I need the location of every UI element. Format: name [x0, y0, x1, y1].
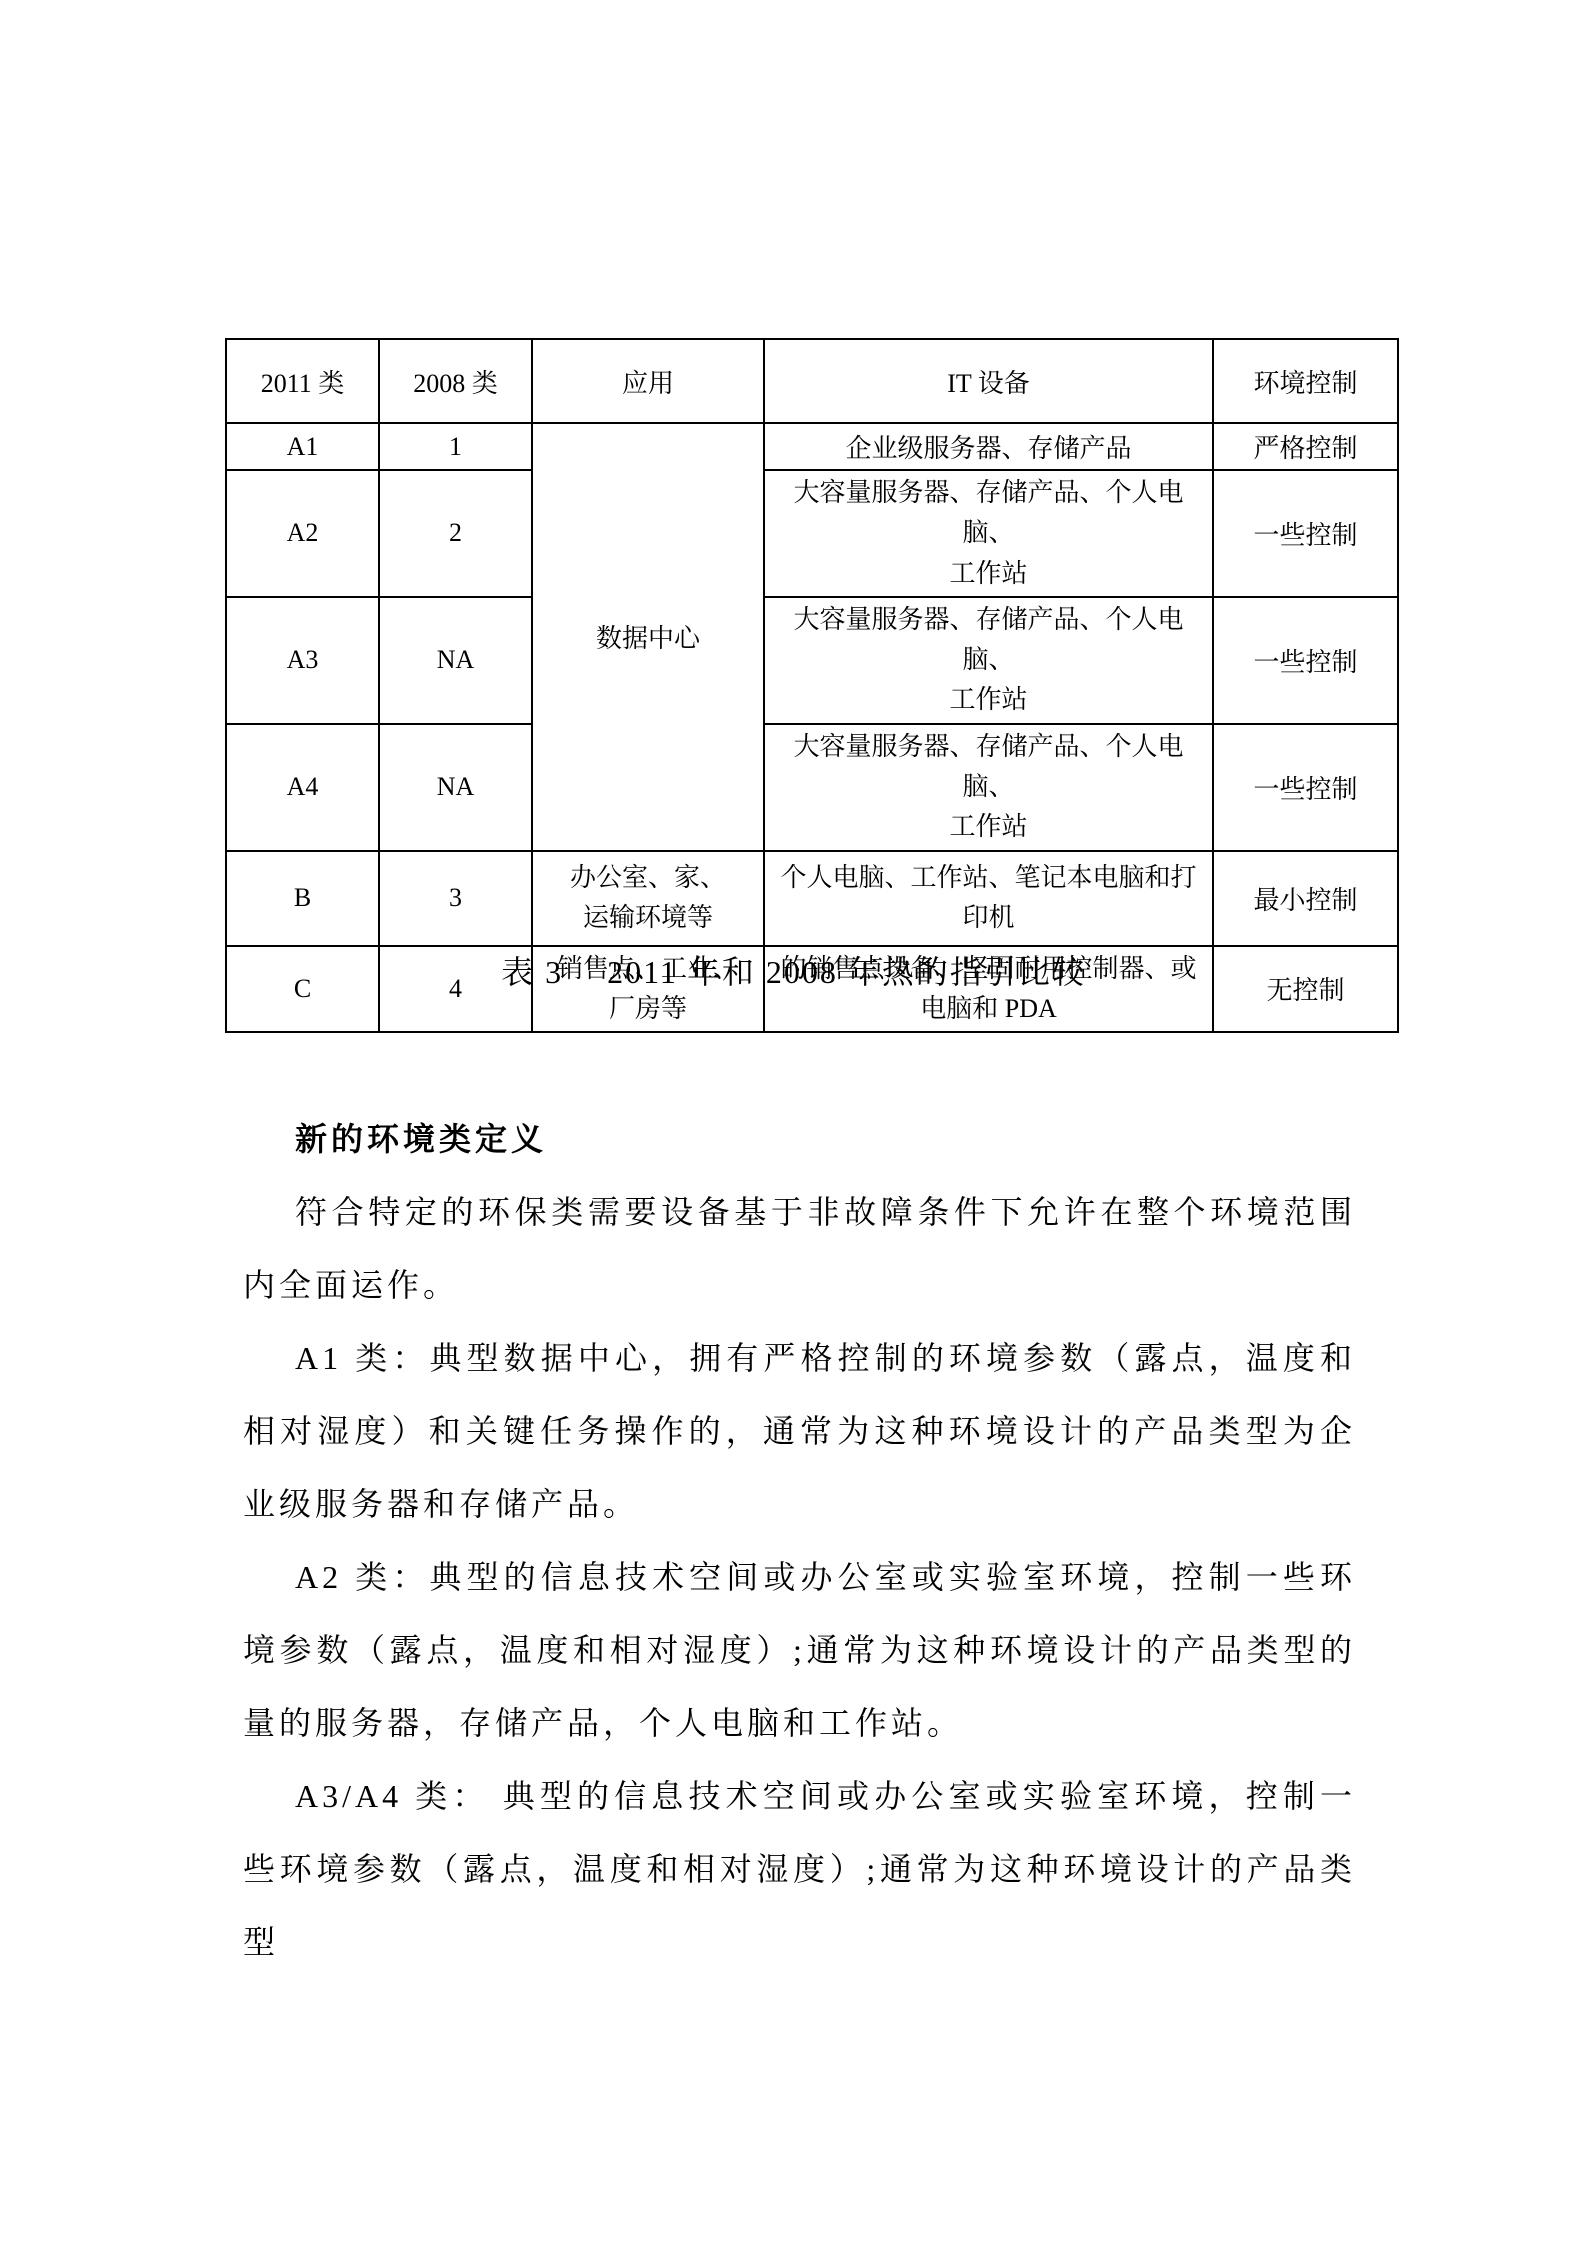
table-header-row: 2011 类 2008 类 应用 IT 设备 环境控制: [226, 339, 1398, 423]
table-row-b: B 3 办公室、家、 运输环境等 个人电脑、工作站、笔记本电脑和打 印机 最小控…: [226, 851, 1398, 946]
paragraph-a2-class: A2 类：典型的信息技术空间或办公室或实验室环境，控制一些环境参数（露点，温度和…: [243, 1541, 1356, 1760]
paragraph-intro: 符合特定的环保类需要设备基于非故障条件下允许在整个环境范围内全面运作。: [243, 1176, 1356, 1322]
body-text: 新的环境类定义 符合特定的环保类需要设备基于非故障条件下允许在整个环境范围内全面…: [243, 1103, 1356, 1979]
cell-2008-class: NA: [379, 597, 532, 724]
cell-application-merged: 数据中心: [532, 423, 764, 851]
cell-env-control: 一些控制: [1213, 597, 1398, 724]
table-caption: 表 32011 年和 2008 年热的指引比较: [0, 950, 1587, 994]
cell-2008-class: NA: [379, 724, 532, 851]
section-heading: 新的环境类定义: [243, 1103, 1356, 1176]
cell-env-control: 一些控制: [1213, 724, 1398, 851]
cell-2008-class: 1: [379, 423, 532, 470]
cell-env-control: 一些控制: [1213, 470, 1398, 597]
cell-it-equipment: 大容量服务器、存储产品、个人电脑、 工作站: [764, 470, 1213, 597]
cell-env-control: 最小控制: [1213, 851, 1398, 946]
cell-it-equipment: 企业级服务器、存储产品: [764, 423, 1213, 470]
cell-it-equipment: 大容量服务器、存储产品、个人电脑、 工作站: [764, 597, 1213, 724]
header-2011-class: 2011 类: [226, 339, 379, 423]
paragraph-a1-class: A1 类：典型数据中心，拥有严格控制的环境参数（露点，温度和相对湿度）和关键任务…: [243, 1322, 1356, 1541]
cell-2011-class: A1: [226, 423, 379, 470]
table-row-a4: A4 NA 大容量服务器、存储产品、个人电脑、 工作站 一些控制: [226, 724, 1398, 851]
header-application: 应用: [532, 339, 764, 423]
document-page: 2011 类 2008 类 应用 IT 设备 环境控制 A1 1 数据中心 企业…: [0, 0, 1587, 2245]
table-row-a1: A1 1 数据中心 企业级服务器、存储产品 严格控制: [226, 423, 1398, 470]
cell-it-equipment: 大容量服务器、存储产品、个人电脑、 工作站: [764, 724, 1213, 851]
header-it-equipment: IT 设备: [764, 339, 1213, 423]
cell-it-equipment: 个人电脑、工作站、笔记本电脑和打 印机: [764, 851, 1213, 946]
cell-env-control: 严格控制: [1213, 423, 1398, 470]
cell-2008-class: 2: [379, 470, 532, 597]
cell-2011-class: A4: [226, 724, 379, 851]
cell-2008-class: 3: [379, 851, 532, 946]
table-row-a3: A3 NA 大容量服务器、存储产品、个人电脑、 工作站 一些控制: [226, 597, 1398, 724]
table-caption-label: 表 3: [501, 954, 563, 990]
table-row-a2: A2 2 大容量服务器、存储产品、个人电脑、 工作站 一些控制: [226, 470, 1398, 597]
paragraph-a3-a4-class: A3/A4 类： 典型的信息技术空间或办公室或实验室环境，控制一些环境参数（露点…: [243, 1760, 1356, 1979]
comparison-table: 2011 类 2008 类 应用 IT 设备 环境控制 A1 1 数据中心 企业…: [225, 338, 1399, 1033]
cell-application: 办公室、家、 运输环境等: [532, 851, 764, 946]
cell-2011-class: A2: [226, 470, 379, 597]
cell-2011-class: A3: [226, 597, 379, 724]
cell-2011-class: B: [226, 851, 379, 946]
header-env-control: 环境控制: [1213, 339, 1398, 423]
header-2008-class: 2008 类: [379, 339, 532, 423]
comparison-table-wrap: 2011 类 2008 类 应用 IT 设备 环境控制 A1 1 数据中心 企业…: [225, 338, 1397, 1033]
table-caption-text: 2011 年和 2008 年热的指引比较: [607, 954, 1086, 990]
